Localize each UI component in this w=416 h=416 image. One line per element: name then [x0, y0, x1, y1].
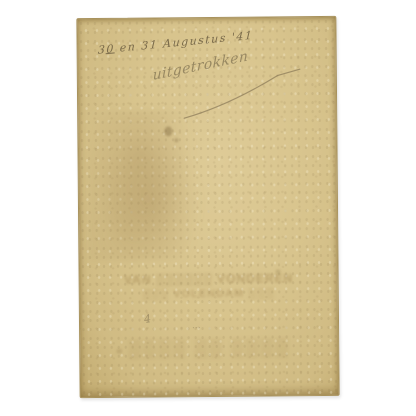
bleedthrough-text-line-1: VAN ▒▒▒▒▒▒ VONDEREN [86, 271, 332, 287]
bleedthrough-text-line-3: ▒▒▒▒ ▒▒ ▒▒▒▒ [86, 337, 332, 360]
stain-speck [164, 126, 172, 136]
photo-background: 30 en 31 Augustus '41 uitgetrokken 4 ...… [0, 0, 416, 416]
photo-card-back: 30 en 31 Augustus '41 uitgetrokken 4 ...… [76, 16, 339, 398]
handwritten-small-dots: ... [192, 321, 201, 331]
bleedthrough-text-line-2: ▒▒▒ VOLENDAM ▒▒▒ [86, 287, 332, 301]
stain-speck [174, 138, 178, 142]
ghost-stain [86, 110, 205, 261]
